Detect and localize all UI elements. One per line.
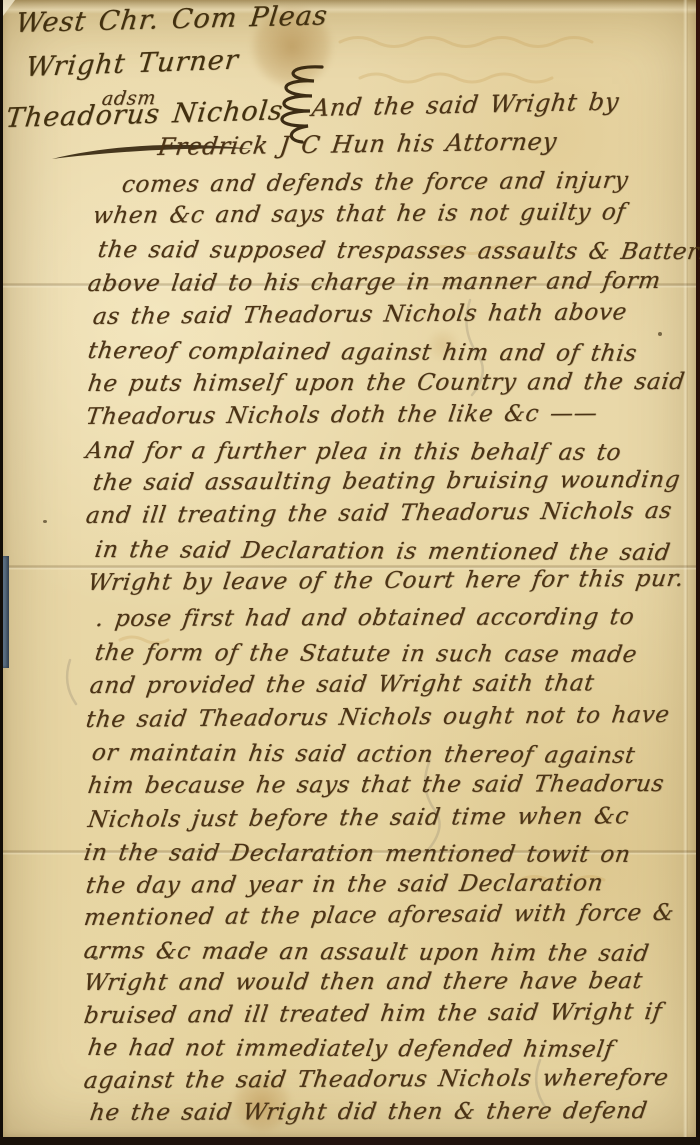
manuscript-line: mentioned at the place aforesaid with fo…: [82, 900, 676, 931]
scan-edge-right: [696, 0, 700, 1145]
manuscript-line: against the said Theadorus Nichols where…: [82, 1065, 670, 1094]
manuscript-line: arms &c made an assault upon him the sai…: [82, 938, 651, 967]
manuscript-line: Nichols just before the said time when &…: [86, 803, 630, 833]
manuscript-line: he had not immediately defended himself: [86, 1035, 615, 1063]
scan-edge-bottom: [0, 1137, 700, 1145]
manuscript-line: bruised and ill treated him the said Wri…: [82, 999, 663, 1029]
manuscript-line: Wright by leave of the Court here for th…: [86, 566, 685, 596]
manuscript-line: And for a further plea in this behalf as…: [84, 438, 623, 466]
manuscript-line: the form of the Statute in such case mad…: [93, 640, 639, 668]
manuscript-line: and ill treating the said Theadorus Nich…: [84, 498, 673, 529]
manuscript-line: or maintain his said action thereof agai…: [90, 740, 637, 769]
manuscript-line: Wright and would then and there have bea…: [82, 968, 644, 996]
manuscript-line: . pose first had and obtained according …: [94, 604, 636, 632]
manuscript-line: and provided the said Wright saith that: [88, 670, 596, 699]
manuscript-line: comes and defends the force and injury: [120, 168, 630, 198]
manuscript-line: he the said Wright did then & there defe…: [88, 1098, 649, 1126]
paper-speck: [43, 520, 47, 523]
scan-edge-left: [0, 0, 3, 1145]
manuscript-line: Fredrick J C Hun his Attorney: [156, 127, 558, 161]
manuscript-line: the said assaulting beating bruising wou…: [91, 467, 682, 496]
manuscript-line: as the said Theadorus Nichols hath above: [91, 299, 628, 330]
manuscript-line: he puts himself upon the Country and the…: [86, 369, 686, 397]
manuscript-line: above laid to his charge in manner and f…: [86, 268, 662, 297]
manuscript-line: Theadorus Nichols doth the like &c ——: [84, 400, 599, 430]
manuscript-line: the day and year in the said Declaration: [84, 870, 605, 899]
paper-speck: [658, 332, 662, 336]
manuscript-line: the said supposed trespasses assaults & …: [96, 237, 700, 265]
manuscript-line: thereof complained against him and of th…: [86, 338, 639, 367]
manuscript-line: when &c and says that he is not guilty o…: [91, 199, 627, 229]
manuscript-line: in the said Declaration mentioned towit …: [82, 840, 632, 868]
manuscript-line: the said Theadorus Nichols ought not to …: [84, 702, 671, 733]
manuscript-line: him because he says that the said Theado…: [86, 771, 666, 799]
manuscript-line: in the said Declaration is mentioned the…: [93, 537, 672, 566]
